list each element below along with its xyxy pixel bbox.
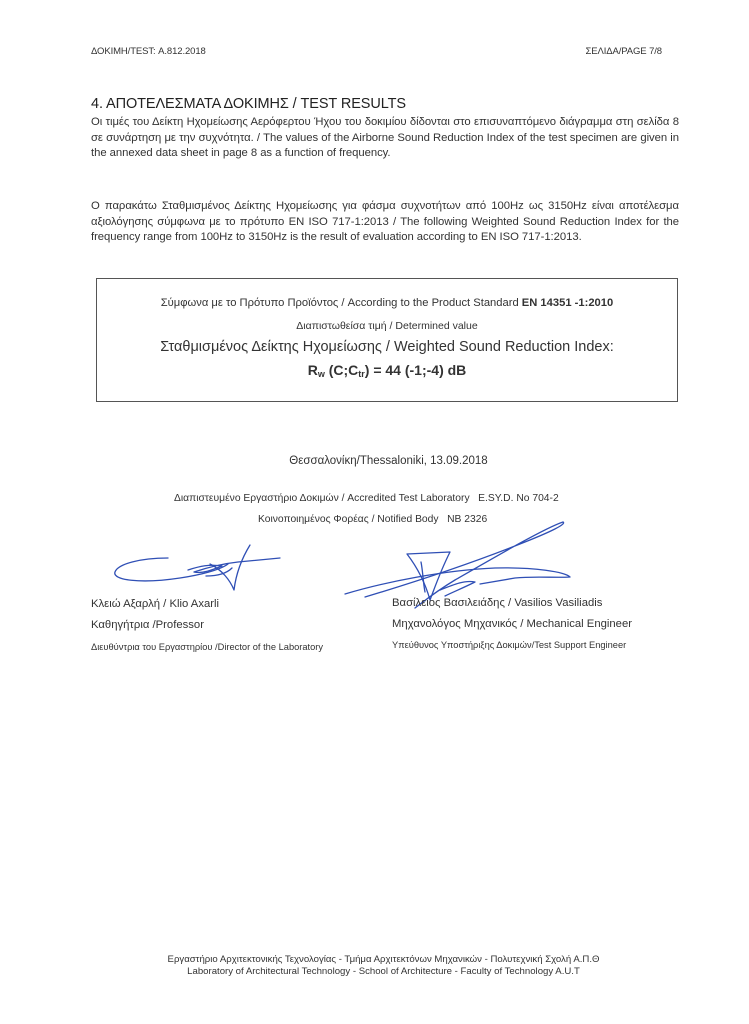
index-value: Rw (C;Ctr) = 44 (-1;-4) dB <box>97 362 677 379</box>
place-date: Θεσσαλονίκη/Thessaloniki, 13.09.2018 <box>0 455 749 467</box>
signatory-1-title: Καθηγήτρια /Professor <box>91 619 204 631</box>
page-number: ΣΕΛΙΔΑ/PAGE 7/8 <box>585 46 662 57</box>
signatory-2-name: Βασίλειος Βασιλειάδης / Vasilios Vasilia… <box>392 597 602 609</box>
signatory-1-role: Διευθύντρια του Εργαστηρίου /Director of… <box>91 642 323 652</box>
signature-1 <box>110 540 290 600</box>
index-label: Σταθμισμένος Δείκτης Ηχομείωσης / Weight… <box>97 339 677 355</box>
signatory-2-role: Υπεύθυνος Υποστήριξης Δοκιμών/Test Suppo… <box>392 640 626 650</box>
footer-greek: Εργαστήριο Αρχιτεκτονικής Τεχνολογίας - … <box>0 954 749 965</box>
signatory-2-title: Μηχανολόγος Μηχανικός / Mechanical Engin… <box>392 618 632 630</box>
determined-value-label: Διαπιστωθείσα τιμή / Determined value <box>97 320 677 332</box>
accredited-lab-line: Διαπιστευμένο Εργαστήριο Δοκιμών / Accre… <box>174 493 559 504</box>
footer-english: Laboratory of Architectural Technology -… <box>0 966 749 977</box>
section-title: 4. ΑΠΟΤΕΛΕΣΜΑΤΑ ΔΟΚΙΜΗΣ / TEST RESULTS <box>91 96 406 112</box>
product-standard-line: Σύμφωνα με το Πρότυπο Προϊόντος / Accord… <box>97 297 677 309</box>
product-standard: EN 14351 -1:2010 <box>522 297 613 309</box>
signatory-1-name: Κλειώ Αξαρλή / Klio Axarli <box>91 598 219 610</box>
standard-prefix: Σύμφωνα με το Πρότυπο Προϊόντος / Accord… <box>161 297 522 309</box>
result-box: Σύμφωνα με το Πρότυπο Προϊόντος / Accord… <box>96 278 678 402</box>
results-paragraph: Οι τιμές του Δείκτη Ηχομείωσης Αερόφερτο… <box>91 115 679 162</box>
test-id: ΔΟΚΙΜΗ/TEST: Α.812.2018 <box>91 46 206 57</box>
evaluation-paragraph: Ο παρακάτω Σταθμισμένος Δείκτης Ηχομείωσ… <box>91 199 679 246</box>
